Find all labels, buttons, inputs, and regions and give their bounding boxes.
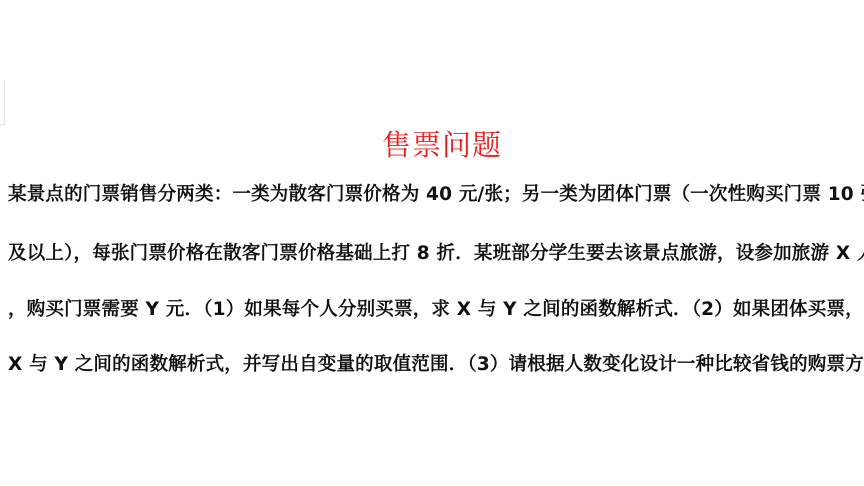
statement-line-4: X 与 Y 之间的函数解析式，并写出自变量的取值范围．（3）请根据人数变化设计一…: [8, 352, 864, 378]
statement-line-3: ，购买门票需要 Y 元．（1）如果每个人分别买票，求 X 与 Y 之间的函数解析…: [8, 297, 864, 323]
problem-title: 售票问题: [0, 127, 864, 163]
edge-line: [4, 82, 5, 125]
edge-line-foot: [0, 124, 5, 125]
statement-line-2: 及以上），每张门票价格在散客门票价格基础上打 8 折．某班部分学生要去该景点旅游…: [8, 241, 864, 267]
statement-line-1: 某景点的门票销售分两类：一类为散客门票价格为 40 元/张；另一类为团体门票（一…: [8, 182, 864, 208]
